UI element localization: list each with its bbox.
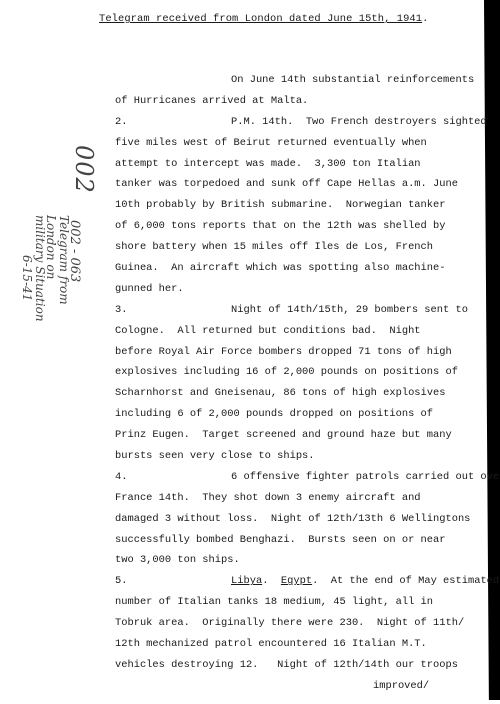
line-text: Cologne. All returned but conditions bad…	[115, 325, 421, 337]
line-text: Night of 14th/15th, 29 bombers sent to	[231, 304, 468, 316]
paragraph-number: 5.	[115, 571, 231, 592]
line-text: P.M. 14th. Two French destroyers sighted	[231, 116, 487, 128]
text-line: including 6 of 2,000 pounds dropped on p…	[115, 404, 495, 425]
text-line: 4.6 offensive fighter patrols carried ou…	[115, 467, 495, 488]
handwritten-note-line: military Situation	[33, 215, 47, 322]
text-line: of 6,000 tons reports that on the 12th w…	[115, 216, 495, 237]
line-text: damaged 3 without loss. Night of 12th/13…	[115, 513, 470, 525]
separator: .	[262, 575, 281, 587]
text-line: Scharnhorst and Gneisenau, 86 tons of hi…	[115, 383, 495, 404]
text-line: 5.Libya. Egypt. At the end of May estima…	[115, 571, 495, 592]
line-text: 12th mechanized patrol encountered 16 It…	[115, 638, 427, 650]
line-text: explosives including 16 of 2,000 pounds …	[115, 366, 458, 378]
line-text: 10th probably by British submarine. Norw…	[115, 199, 445, 211]
line-text: successfully bombed Benghazi. Bursts see…	[115, 534, 445, 546]
line-text: Scharnhorst and Gneisenau, 86 tons of hi…	[115, 387, 445, 399]
line-text: of 6,000 tons reports that on the 12th w…	[115, 220, 445, 232]
text-line: France 14th. They shot down 3 enemy airc…	[115, 488, 495, 509]
handwritten-margin-notes: 002 002 - 063 Telegram from London on mi…	[30, 145, 120, 325]
paragraph-number: 3.	[115, 300, 231, 321]
text-line: explosives including 16 of 2,000 pounds …	[115, 362, 495, 383]
document-title: Telegram received from London dated June…	[99, 13, 428, 25]
line-text: including 6 of 2,000 pounds dropped on p…	[115, 408, 433, 420]
line-text: improved/	[373, 680, 429, 692]
line-text: Guinea. An aircraft which was spotting a…	[115, 262, 445, 274]
title-text: Telegram received from London dated June…	[99, 13, 422, 25]
text-line: vehicles destroying 12. Night of 12th/14…	[115, 655, 495, 676]
text-line: of Hurricanes arrived at Malta.	[115, 91, 495, 112]
text-line: two 3,000 ton ships.	[115, 550, 495, 571]
underlined-heading: Egypt	[281, 575, 312, 587]
line-text: bursts seen very close to ships.	[115, 450, 315, 462]
text-line: 10th probably by British submarine. Norw…	[115, 195, 495, 216]
text-line: 12th mechanized patrol encountered 16 It…	[115, 634, 495, 655]
text-line: Guinea. An aircraft which was spotting a…	[115, 258, 495, 279]
line-text: Tobruk area. Originally there were 230. …	[115, 617, 464, 629]
text-line: attempt to intercept was made. 3,300 ton…	[115, 154, 495, 175]
line-text: . At the end of May estimated	[312, 575, 499, 587]
line-text: number of Italian tanks 18 medium, 45 li…	[115, 596, 433, 608]
line-text: 6 offensive fighter patrols carried out …	[231, 471, 500, 483]
text-line: damaged 3 without loss. Night of 12th/13…	[115, 509, 495, 530]
text-line: number of Italian tanks 18 medium, 45 li…	[115, 592, 495, 613]
text-line: bursts seen very close to ships.	[115, 446, 495, 467]
title-punct: .	[422, 13, 428, 25]
line-text: five miles west of Beirut returned event…	[115, 137, 427, 149]
line-text: On June 14th substantial reinforcements	[231, 74, 474, 86]
line-text: attempt to intercept was made. 3,300 ton…	[115, 158, 421, 170]
paragraph-number: 4.	[115, 467, 231, 488]
text-line: Tobruk area. Originally there were 230. …	[115, 613, 495, 634]
handwritten-note-line: Telegram from	[57, 215, 71, 305]
text-line: Prinz Eugen. Target screened and ground …	[115, 425, 495, 446]
text-line: shore battery when 15 miles off Iles de …	[115, 237, 495, 258]
line-text: vehicles destroying 12. Night of 12th/14…	[115, 659, 458, 671]
text-line: 3.Night of 14th/15th, 29 bombers sent to	[115, 300, 495, 321]
paragraph-number: 2.	[115, 112, 231, 133]
telegram-body: On June 14th substantial reinforcementso…	[115, 70, 495, 697]
line-text: before Royal Air Force bombers dropped 7…	[115, 346, 452, 358]
handwritten-date: 6-15-41	[20, 255, 34, 301]
line-text: gunned her.	[115, 283, 184, 295]
text-line: On June 14th substantial reinforcements	[115, 70, 495, 91]
text-line: Cologne. All returned but conditions bad…	[115, 321, 495, 342]
text-line: gunned her.	[115, 279, 495, 300]
line-text: Prinz Eugen. Target screened and ground …	[115, 429, 452, 441]
line-text: shore battery when 15 miles off Iles de …	[115, 241, 433, 253]
text-line: before Royal Air Force bombers dropped 7…	[115, 342, 495, 363]
text-line: five miles west of Beirut returned event…	[115, 133, 495, 154]
line-text: two 3,000 ton ships.	[115, 554, 240, 566]
line-text: tanker was torpedoed and sunk off Cape H…	[115, 178, 458, 190]
underlined-heading: Libya	[231, 575, 262, 587]
text-line: 2.P.M. 14th. Two French destroyers sight…	[115, 112, 495, 133]
line-text: France 14th. They shot down 3 enemy airc…	[115, 492, 421, 504]
text-line: improved/	[115, 676, 495, 697]
text-line: successfully bombed Benghazi. Bursts see…	[115, 530, 495, 551]
text-line: tanker was torpedoed and sunk off Cape H…	[115, 174, 495, 195]
handwritten-stamp-number: 002	[70, 145, 98, 194]
line-text: of Hurricanes arrived at Malta.	[115, 95, 308, 107]
